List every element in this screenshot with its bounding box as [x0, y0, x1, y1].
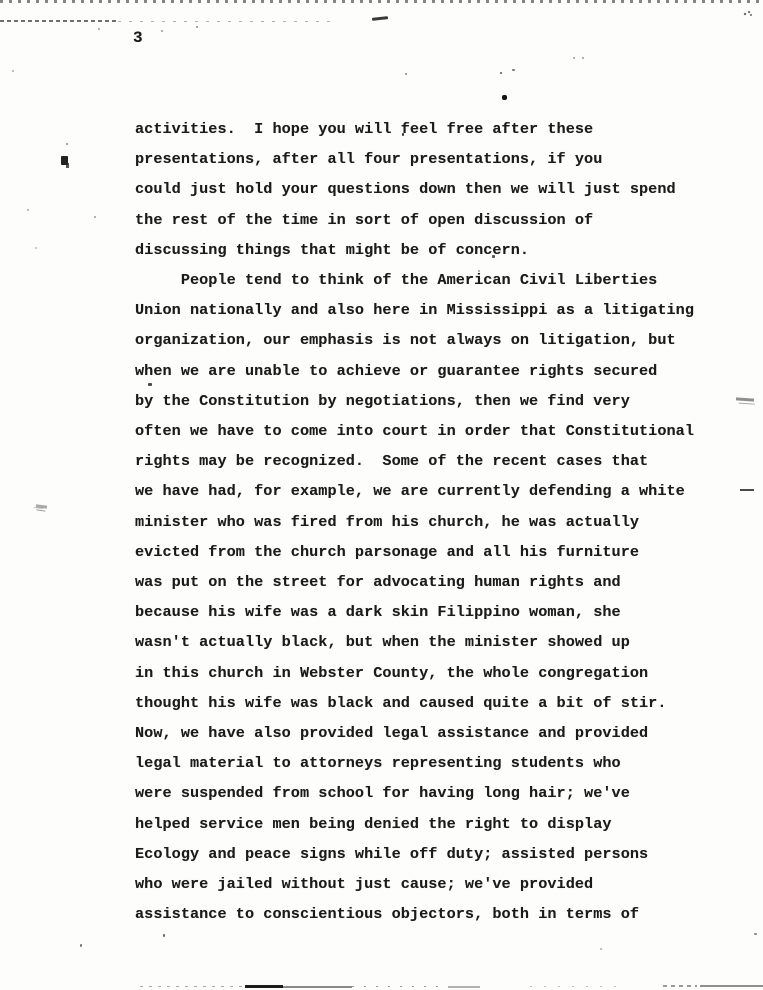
- text-line: often we have to come into court in orde…: [135, 416, 735, 446]
- scan-speck: [492, 255, 495, 258]
- scan-speck: [161, 30, 163, 32]
- text-line: were suspended from school for having lo…: [135, 778, 735, 808]
- text-line: could just hold your questions down then…: [135, 174, 735, 204]
- text-line: minister who was fired from his church, …: [135, 507, 735, 537]
- text-line: assistance to conscientious objectors, b…: [135, 899, 735, 929]
- scan-speck: [163, 934, 165, 937]
- scan-edge-dotted-border: [0, 0, 763, 3]
- text-line: helped service men being denied the righ…: [135, 809, 735, 839]
- scan-speck: [402, 133, 404, 136]
- scan-ink-blob: [61, 156, 68, 165]
- scan-smudge-right: [736, 397, 754, 401]
- text-line: activities. I hope you will feel free af…: [135, 114, 735, 144]
- scan-speck: [148, 383, 152, 386]
- text-line: when we are unable to achieve or guarant…: [135, 356, 735, 386]
- text-line: Now, we have also provided legal assista…: [135, 718, 735, 748]
- typewritten-text: activities. I hope you will feel free af…: [135, 114, 735, 929]
- scan-dash-right-margin: [740, 489, 754, 491]
- scan-speck: [12, 70, 14, 72]
- scan-bottom-line-segment: [663, 985, 697, 987]
- scan-smudge-left: [36, 504, 47, 509]
- scan-bottom-line-segment: [530, 986, 628, 987]
- text-line: rights may be recognized. Some of the re…: [135, 446, 735, 476]
- text-line: evicted from the church parsonage and al…: [135, 537, 735, 567]
- scan-speck: [512, 69, 515, 71]
- scan-speck: [66, 143, 68, 145]
- scan-speck: [573, 57, 575, 59]
- scan-speck: [754, 933, 757, 935]
- text-line: the rest of the time in sort of open dis…: [135, 205, 735, 235]
- scan-bottom-line-segment: [700, 985, 763, 987]
- scan-speck: [582, 57, 584, 59]
- scan-corner-mark: [743, 11, 752, 16]
- scan-bottom-line-segment: [140, 986, 245, 987]
- text-line: presentations, after all four presentati…: [135, 144, 735, 174]
- scan-bottom-line-segment: [352, 986, 448, 987]
- scan-speck: [478, 270, 480, 272]
- text-line: because his wife was a dark skin Filippi…: [135, 597, 735, 627]
- scan-ink-dot: [502, 95, 507, 100]
- text-line: we have had, for example, we are current…: [135, 476, 735, 506]
- scan-artifact-line-dark: [0, 20, 118, 22]
- scan-speck: [405, 73, 407, 75]
- scan-artifact-line-faint: [118, 21, 335, 22]
- page-number: 3: [133, 29, 143, 47]
- scan-speck: [35, 247, 37, 249]
- text-line: who were jailed without just cause; we'v…: [135, 869, 735, 899]
- scanned-document-page: 3 activities. I hope you will feel free …: [0, 0, 763, 990]
- text-line: thought his wife was black and caused qu…: [135, 688, 735, 718]
- scan-bottom-line-segment: [283, 986, 352, 988]
- scan-speck: [600, 948, 602, 950]
- scan-speck: [196, 26, 198, 28]
- text-line: was put on the street for advocating hum…: [135, 567, 735, 597]
- scan-bottom-line-segment: [245, 985, 283, 988]
- scan-ink-dash: [372, 16, 388, 21]
- text-line: in this church in Webster County, the wh…: [135, 658, 735, 688]
- text-line: Union nationally and also here in Missis…: [135, 295, 735, 325]
- text-line: People tend to think of the American Civ…: [135, 265, 735, 295]
- scan-bottom-line-segment: [448, 986, 480, 988]
- scan-speck: [27, 209, 29, 211]
- text-line: Ecology and peace signs while off duty; …: [135, 839, 735, 869]
- text-line: discussing things that might be of conce…: [135, 235, 735, 265]
- text-line: by the Constitution by negotiations, the…: [135, 386, 735, 416]
- scan-speck: [80, 944, 82, 947]
- text-line: legal material to attorneys representing…: [135, 748, 735, 778]
- text-line: organization, our emphasis is not always…: [135, 325, 735, 355]
- scan-speck: [94, 216, 96, 218]
- text-line: wasn't actually black, but when the mini…: [135, 627, 735, 657]
- scan-speck: [500, 72, 502, 74]
- scan-speck: [98, 28, 100, 30]
